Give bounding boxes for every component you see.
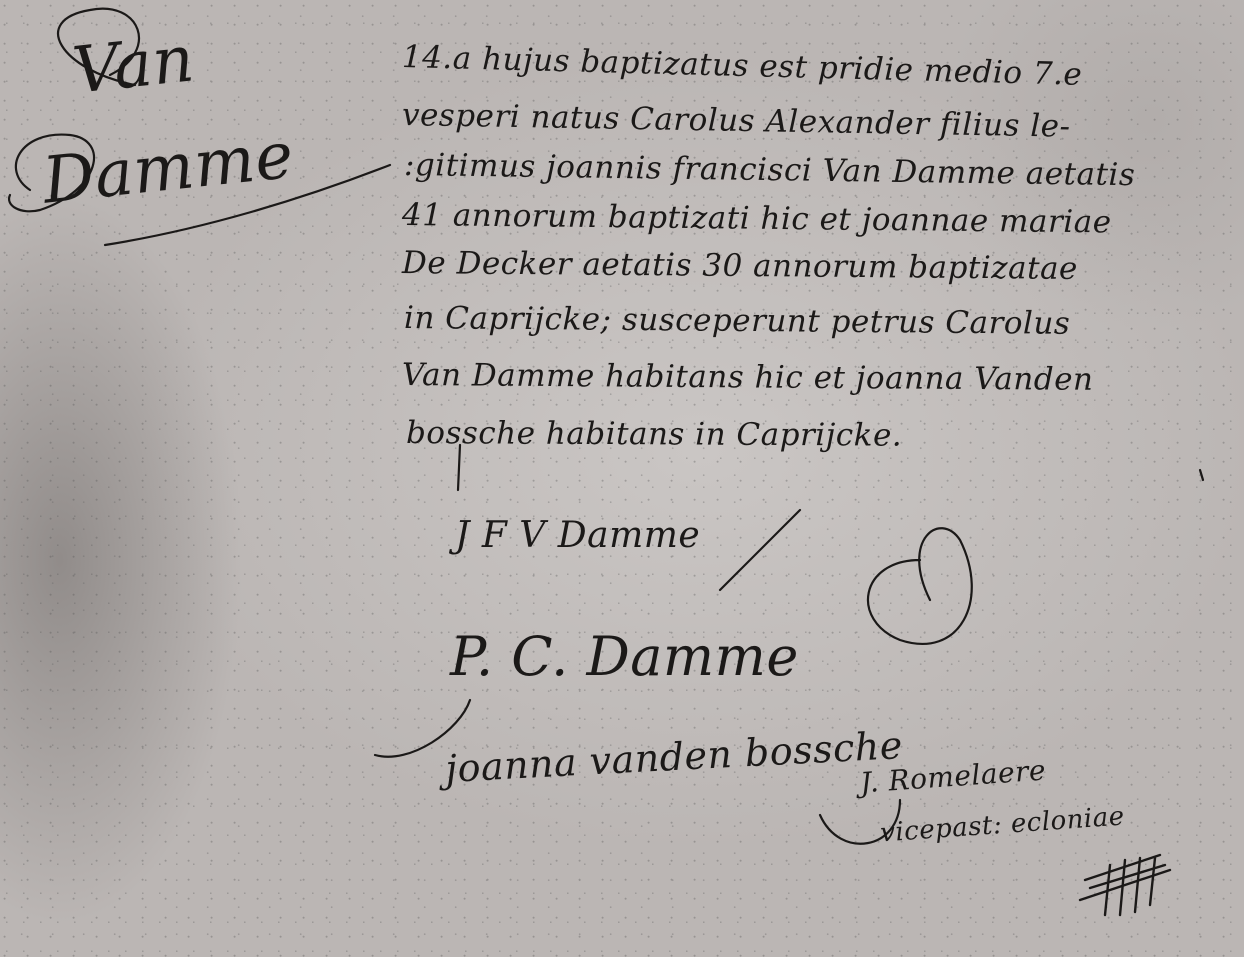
- signature-godfather: P. C. Damme: [450, 625, 799, 688]
- scanned-register-page: Van Damme 14.a hujus baptizatus est prid…: [0, 0, 1244, 957]
- entry-line-4: 41 annorum baptizati hic et joannae mari…: [402, 200, 1112, 238]
- margin-surname-line1: Van: [70, 27, 197, 103]
- entry-line-5: De Decker aetatis 30 annorum baptizatae: [402, 248, 1078, 285]
- entry-line-8: bossche habitans in Caprijcke.: [406, 418, 902, 452]
- signature-father: J F V Damme: [455, 515, 700, 556]
- entry-line-6: in Caprijcke; susceperunt petrus Carolus: [404, 303, 1071, 340]
- entry-line-7: Van Damme habitans hic et joanna Vanden: [402, 360, 1094, 396]
